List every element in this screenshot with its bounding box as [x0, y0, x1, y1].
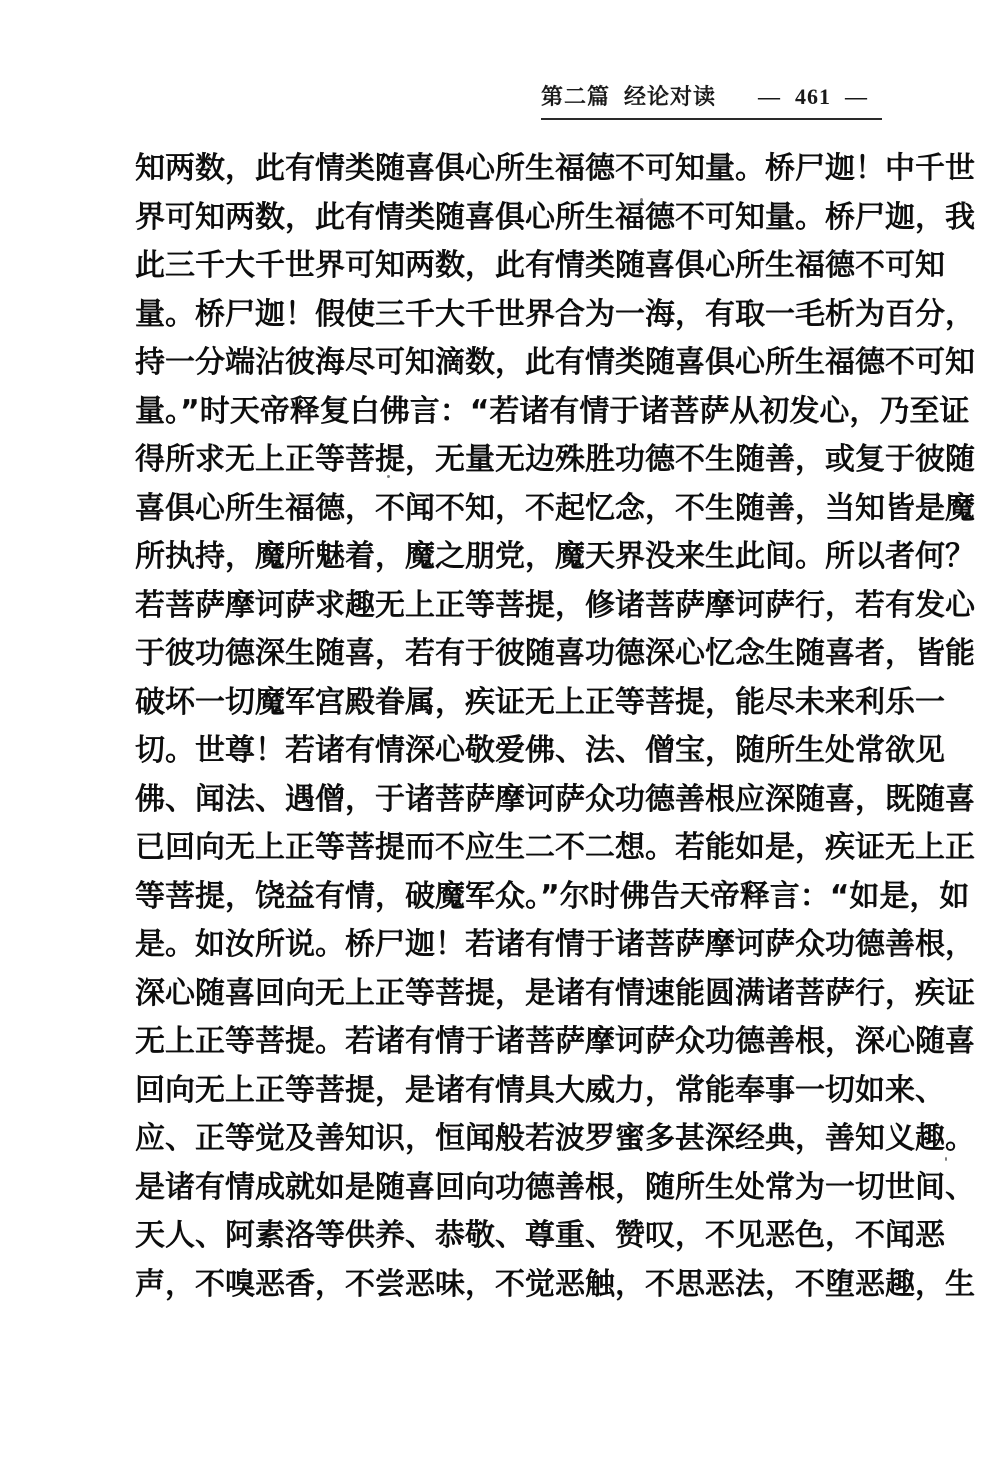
text-line: 界可知两数，此有情类随喜俱心所生福德不可知量。桥尸迦，我 [135, 194, 881, 243]
text-line: 喜俱心所生福德，不闻不知，不起忆念，不生随善，当知皆是魔 [135, 485, 881, 534]
text-line: 知两数，此有情类随喜俱心所生福德不可知量。桥尸迦！中千世 [135, 145, 881, 194]
header-section-label: 第二篇 [541, 84, 610, 109]
text-line: 破坏一切魔军宫殿眷属，疾证无上正等菩提，能尽未来利乐一 [135, 679, 881, 728]
text-line: 应、正等觉及善知识，恒闻般若波罗蜜多甚深经典，善知义趣。 [135, 1115, 881, 1164]
page-header: 第二篇经论对读—461— [541, 80, 882, 120]
text-line: 等菩提，饶益有情，破魔军众。”尔时佛告天帝释言：“如是，如 [135, 873, 881, 922]
header-dash-left: — [758, 84, 781, 110]
text-line: 所执持，魔所魅着，魔之朋党，魔天界没来生此间。所以者何？ [135, 533, 881, 582]
text-line: 回向无上正等菩提，是诸有情具大威力，常能奉事一切如来、 [135, 1067, 881, 1116]
text-line: 量。”时天帝释复白佛言：“若诸有情于诸菩萨从初发心，乃至证 [135, 388, 881, 437]
header-dash-right: — [845, 84, 868, 110]
header-chapter-title: 经论对读 [624, 84, 716, 109]
text-line: 佛、闻法、遇僧，于诸菩萨摩诃萨众功德善根应深随喜，既随喜 [135, 776, 881, 825]
text-line: 若菩萨摩诃萨求趣无上正等菩提，修诸菩萨摩诃萨行，若有发心 [135, 582, 881, 631]
sutra-text-block: 知两数，此有情类随喜俱心所生福德不可知量。桥尸迦！中千世 界可知两数，此有情类随… [135, 145, 881, 1309]
text-line: 天人、阿素洛等供养、恭敬、尊重、赞叹，不见恶色，不闻恶 [135, 1212, 881, 1261]
text-line: 得所求无上正等菩提，无量无边殊胜功德不生随善，或复于彼随 [135, 436, 881, 485]
header-page-number-group: —461— [744, 84, 882, 110]
text-line: 于彼功德深生随喜，若有于彼随喜功德深心忆念生随喜者，皆能 [135, 630, 881, 679]
scan-speck [387, 475, 390, 478]
header-page-number: 461 [795, 84, 831, 109]
text-line: 量。桥尸迦！假使三千大千世界合为一海，有取一毛析为百分， [135, 291, 881, 340]
text-line: 持一分端沾彼海尽可知滴数，此有情类随喜俱心所生福德不可知 [135, 339, 881, 388]
text-line: 此三千大千世界可知两数，此有情类随喜俱心所生福德不可知 [135, 242, 881, 291]
text-line: 深心随喜回向无上正等菩提，是诸有情速能圆满诸菩萨行，疾证 [135, 970, 881, 1019]
text-line: 是诸有情成就如是随喜回向功德善根，随所生处常为一切世间、 [135, 1164, 881, 1213]
scanned-book-page: 第二篇经论对读—461— 知两数，此有情类随喜俱心所生福德不可知量。桥尸迦！中千… [0, 0, 982, 1464]
text-line: 切。世尊！若诸有情深心敬爱佛、法、僧宝，随所生处常欲见 [135, 727, 881, 776]
scan-speck [945, 1157, 947, 1161]
text-line: 无上正等菩提。若诸有情于诸菩萨摩诃萨众功德善根，深心随喜 [135, 1018, 881, 1067]
scan-speck [640, 198, 643, 202]
text-line: 已回向无上正等菩提而不应生二不二想。若能如是，疾证无上正 [135, 824, 881, 873]
text-line: 是。如汝所说。桥尸迦！若诸有情于诸菩萨摩诃萨众功德善根， [135, 921, 881, 970]
text-line: 声，不嗅恶香，不尝恶味，不觉恶触，不思恶法，不堕恶趣，生 [135, 1261, 881, 1310]
